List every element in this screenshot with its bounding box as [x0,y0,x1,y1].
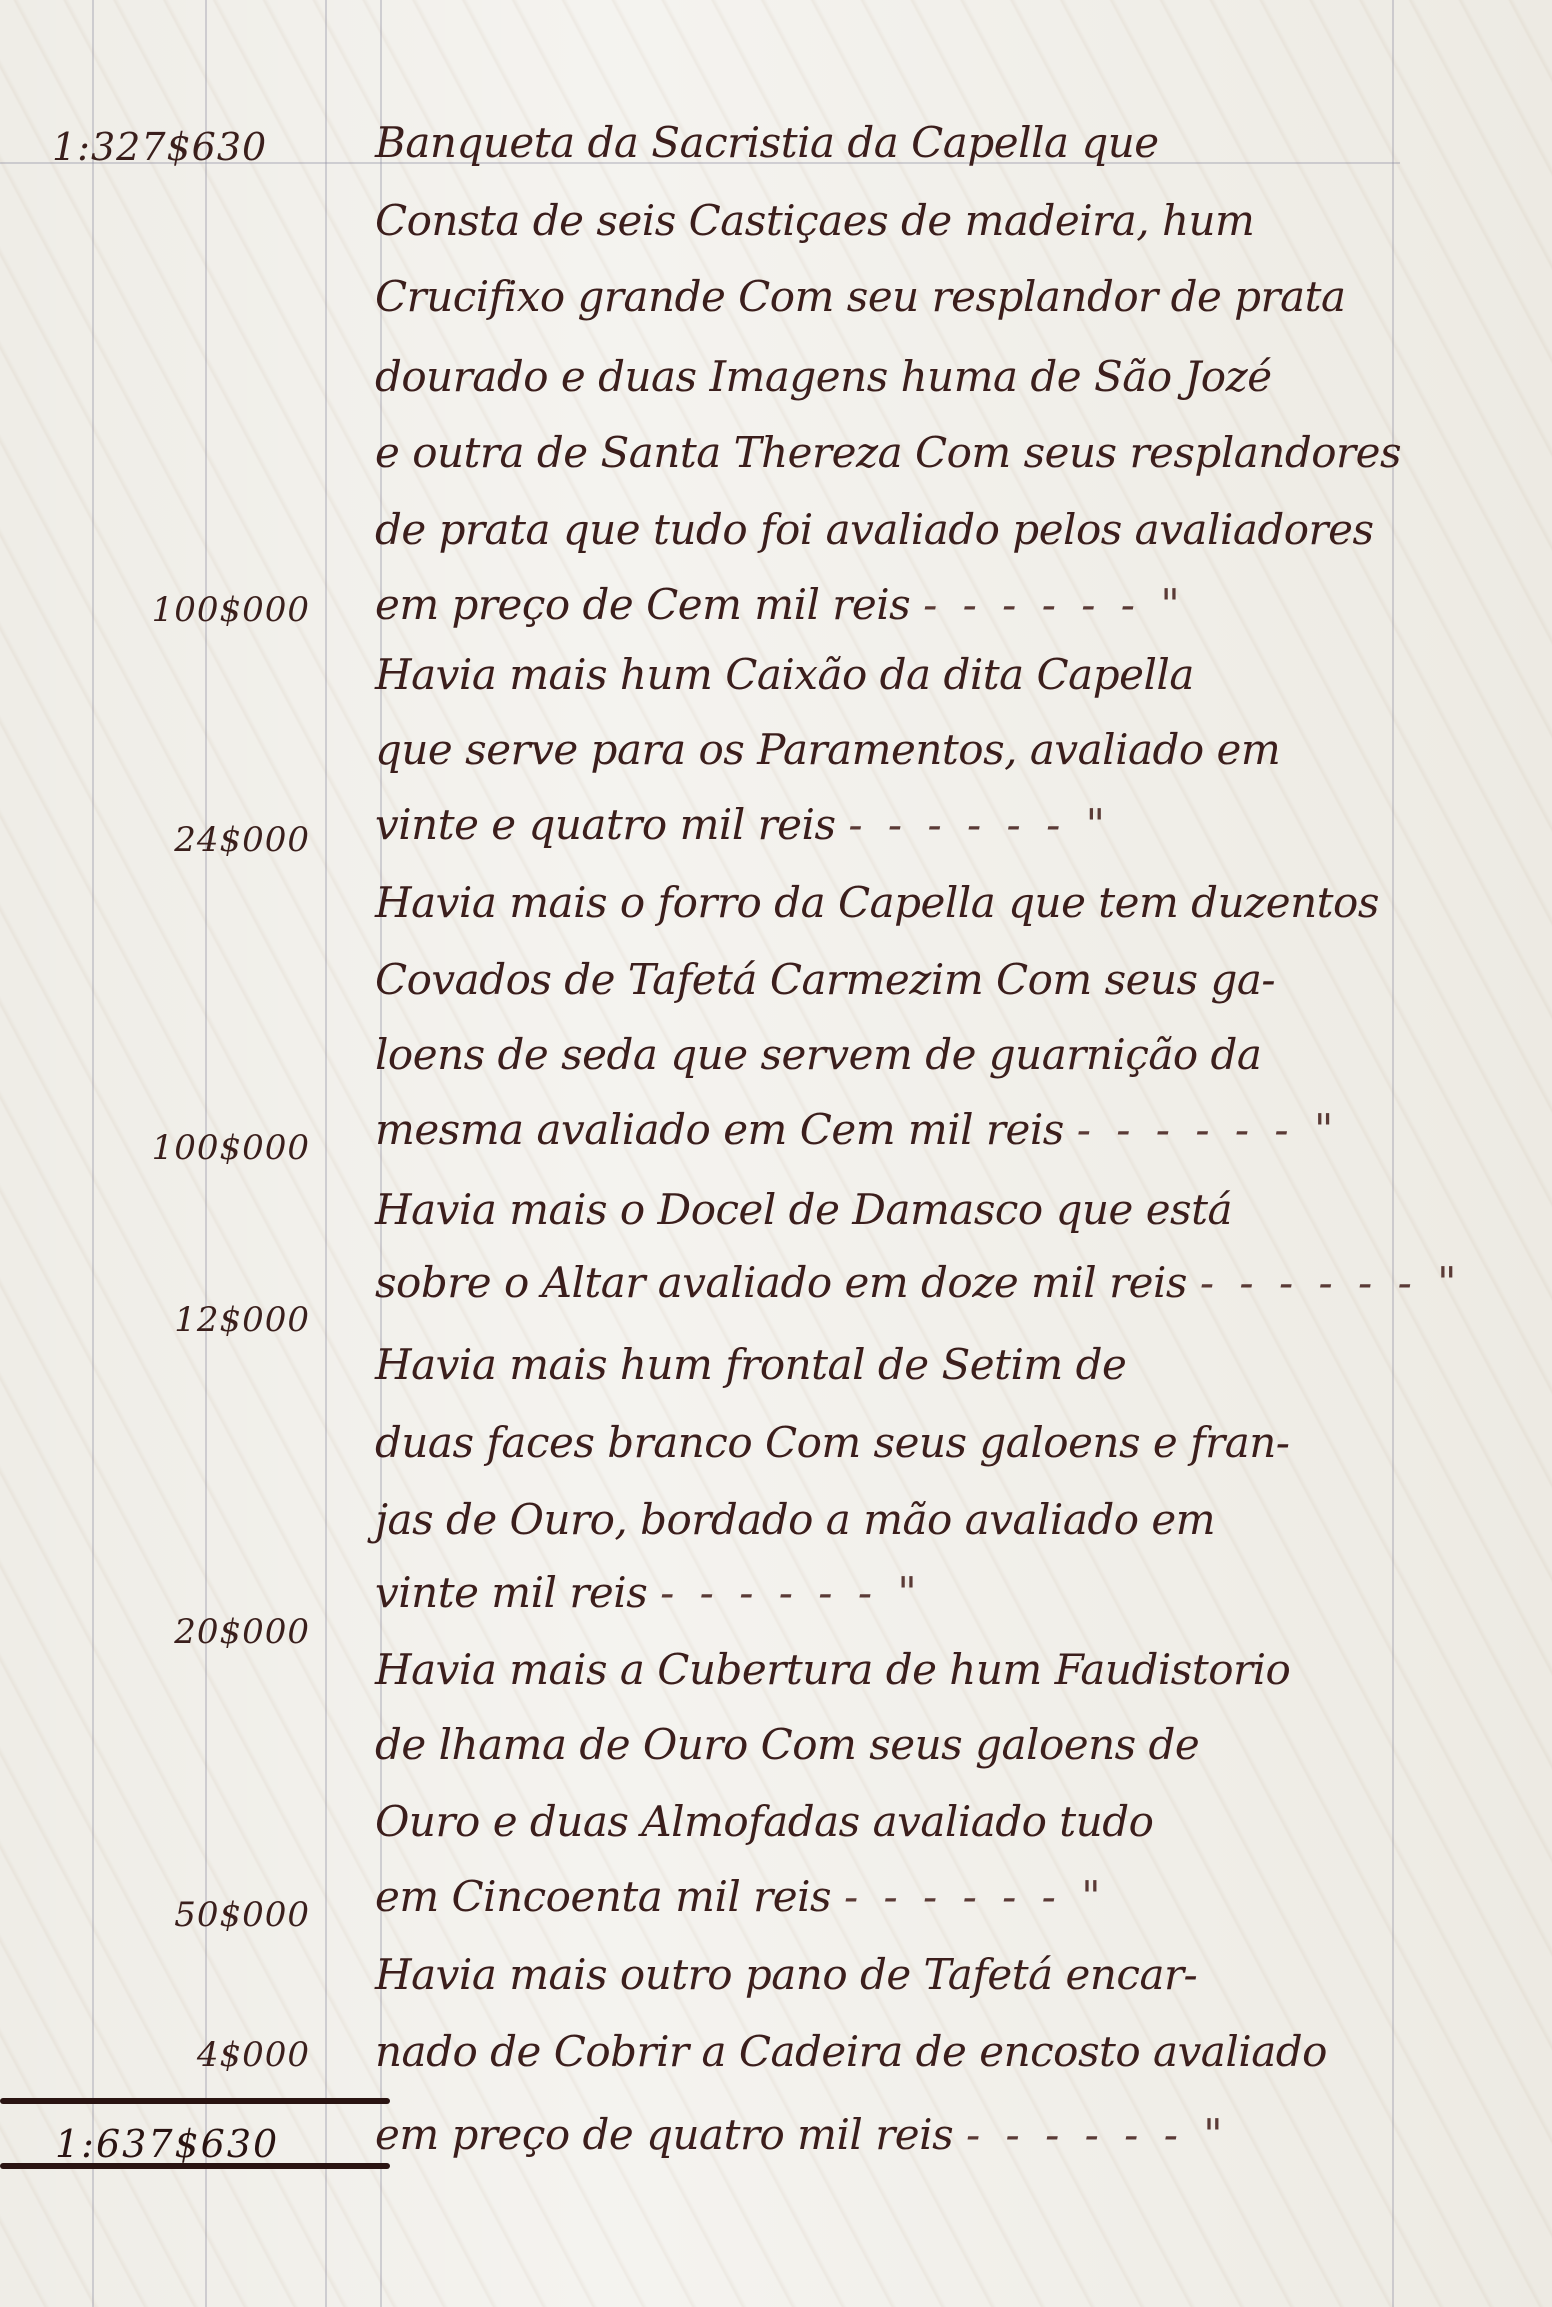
text-line: loens de seda que servem de guarnição da [375,1030,1415,1079]
margin-rule [325,0,327,2307]
entry-amount: 20$000 [174,1612,310,1652]
text-line: jas de Ouro, bordado a mão avaliado em [375,1495,1415,1544]
text-line: Havia mais a Cubertura de hum Faudistori… [375,1645,1415,1694]
entry-amount: 100$000 [152,1128,310,1168]
total-rule-bottom [0,2163,390,2169]
text-line: em preço de Cem mil reis - - - - - - " [375,580,1415,629]
text-line: Ouro e duas Almofadas avaliado tudo [375,1797,1415,1846]
text-line: Crucifixo grande Com seu resplandor de p… [375,272,1415,321]
text-line: e outra de Santa Thereza Com seus respla… [375,428,1415,477]
carried-forward-amount: 1:327$630 [52,125,267,169]
entry-amount: 24$000 [174,820,310,860]
text-line: duas faces branco Com seus galoens e fra… [375,1418,1415,1467]
text-line: Covados de Tafetá Carmezim Com seus ga- [375,955,1415,1004]
text-line: mesma avaliado em Cem mil reis - - - - -… [375,1105,1415,1154]
total-rule-top [0,2098,390,2104]
entry-amount: 100$000 [152,590,310,630]
page-total: 1:637$630 [55,2122,279,2166]
text-line: Havia mais outro pano de Tafetá encar- [375,1950,1415,1999]
text-line: que serve para os Paramentos, avaliado e… [375,725,1415,774]
text-line: dourado e duas Imagens huma de São Jozé [375,352,1415,401]
text-line: sobre o Altar avaliado em doze mil reis … [375,1258,1415,1307]
text-line: Havia mais o Docel de Damasco que está [375,1185,1415,1234]
text-line: vinte mil reis - - - - - - " [375,1568,1415,1617]
text-line: em Cincoenta mil reis - - - - - - " [375,1872,1415,1921]
text-line: vinte e quatro mil reis - - - - - - " [375,800,1415,849]
entry-amount: 12$000 [174,1300,310,1340]
text-line: em preço de quatro mil reis - - - - - - … [375,2110,1415,2159]
text-line: Havia mais hum frontal de Setim de [375,1340,1415,1389]
ledger-page: 1:327$630 Banqueta da Sacristia da Capel… [0,0,1552,2307]
text-line: nado de Cobrir a Cadeira de encosto aval… [375,2027,1415,2076]
text-line: Banqueta da Sacristia da Capella que [375,118,1415,167]
text-line: de prata que tudo foi avaliado pelos ava… [375,505,1415,554]
text-line: Havia mais hum Caixão da dita Capella [375,650,1415,699]
text-line: Consta de seis Castiçaes de madeira, hum [375,196,1415,245]
entry-amount: 4$000 [197,2035,310,2075]
entry-amount: 50$000 [174,1895,310,1935]
text-line: Havia mais o forro da Capella que tem du… [375,878,1415,927]
text-line: de lhama de Ouro Com seus galoens de [375,1720,1415,1769]
margin-rule [92,0,94,2307]
